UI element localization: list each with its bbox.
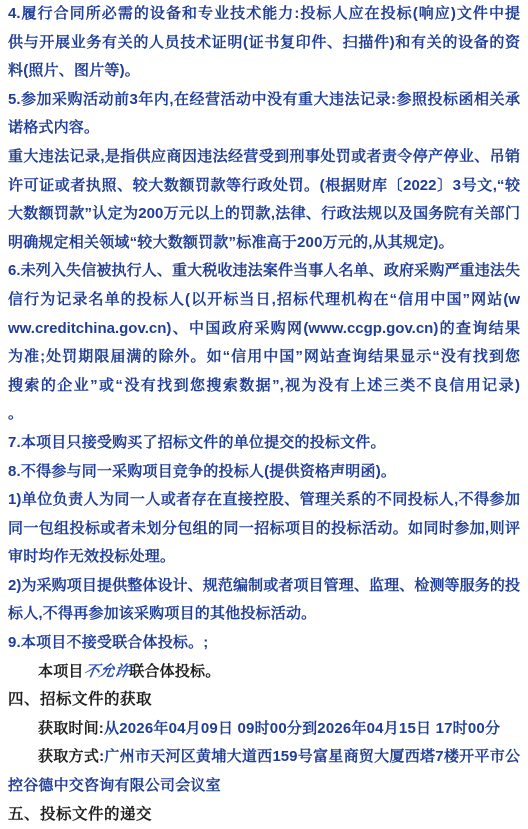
- text-run: 7.本项目只接受购买了招标文件的单位提交的投标文件。: [8, 434, 386, 451]
- text-line: 1)单位负责人为同一人或者存在直接控股、管理关系的不同投标人,不得参加: [8, 486, 520, 515]
- text-run: 6.未列入失信被执行人、重大税收违法案件当事人名单、政府采购严重违法失: [8, 262, 520, 279]
- text-run: 标人,不得再参加该采购项目的其他投标活动。: [8, 605, 316, 622]
- text-line: 信行为记录名单的投标人(以开标当日,招标代理机构在“信用中国”网站(w: [8, 286, 520, 315]
- text-line: 。: [8, 400, 520, 429]
- text-line: ww.creditchina.gov.cn)、中国政府采购网(www.ccgp.…: [8, 315, 520, 344]
- section-heading: 四、招标文件的获取: [8, 686, 520, 715]
- text-line: 2)为采购项目提供整体设计、规范编制或者项目管理、监理、检测等服务的投: [8, 572, 520, 601]
- text-line: 供与开展业务有关的人员技术证明(证书复印件、扫描件)和有关的设备的资: [8, 29, 520, 58]
- text-line: 许可证或者执照、较大数额罚款等行政处罚。(根据财库〔2022〕3号文,“较: [8, 172, 520, 201]
- text-run: 5.参加采购活动前3年内,在经营活动中没有重大违法记录:参照投标函相关承: [8, 91, 520, 108]
- text-run: 同一包组投标或者未划分包组的同一招标项目的投标活动。如同时参加,则评: [8, 520, 520, 537]
- text-run: 获取时间:: [38, 720, 104, 737]
- section-heading: 五、投标文件的递交: [8, 801, 520, 829]
- text-line: 控谷德中交咨询有限公司会议室: [8, 772, 520, 801]
- text-line: 8.不得参与同一采购项目竞争的投标人(提供资格声明函)。: [8, 458, 520, 487]
- text-run: 本项目: [38, 663, 84, 680]
- text-run: 供与开展业务有关的人员技术证明(证书复印件、扫描件)和有关的设备的资: [8, 34, 520, 51]
- text-run: 四、招标文件的获取: [8, 691, 152, 708]
- text-line: 诺格式内容。: [8, 114, 520, 143]
- text-run: 不允许: [81, 658, 132, 687]
- document-page: 4.履行合同所必需的设备和专业技术能力:投标人应在投标(响应)文件中提供与开展业…: [0, 0, 528, 829]
- text-run: 信行为记录名单的投标人(以开标当日,招标代理机构在“信用中国”网站(w: [8, 291, 520, 308]
- text-line: 大数额罚款”认定为200万元以上的罚款,法律、行政法规以及国务院有关部门: [8, 200, 520, 229]
- text-run: 广州市天河区黄埔大道西159号富星商贸大厦西塔7楼开平市公: [104, 748, 520, 765]
- text-line: 6.未列入失信被执行人、重大税收违法案件当事人名单、政府采购严重违法失: [8, 257, 520, 286]
- text-line: 审时均作无效投标处理。: [8, 543, 520, 572]
- text-line: 搜索的企业”或“没有找到您搜索数据”,视为没有上述三类不良信用记录): [8, 372, 520, 401]
- text-line: 标人,不得再参加该采购项目的其他投标活动。: [8, 600, 520, 629]
- text-run: 搜索的企业”或“没有找到您搜索数据”,视为没有上述三类不良信用记录): [8, 377, 520, 394]
- text-run: 。: [8, 405, 23, 422]
- text-run: 大数额罚款”认定为200万元以上的罚款,法律、行政法规以及国务院有关部门: [8, 205, 520, 222]
- text-line: 同一包组投标或者未划分包组的同一招标项目的投标活动。如同时参加,则评: [8, 515, 520, 544]
- text-run: 为准;处罚期限届满的除外。如“信用中国”网站查询结果显示“没有找到您: [8, 348, 520, 365]
- text-run: 诺格式内容。: [8, 119, 99, 136]
- text-run: 明确规定相关领域“较大数额罚款”标准高于200万元的,从其规定)。: [8, 234, 454, 251]
- text-line: 为准;处罚期限届满的除外。如“信用中国”网站查询结果显示“没有找到您: [8, 343, 520, 372]
- text-run: 1)单位负责人为同一人或者存在直接控股、管理关系的不同投标人,不得参加: [8, 491, 520, 508]
- text-run: 9.本项目不接受联合体投标。;: [8, 634, 209, 651]
- text-line: 重大违法记录,是指供应商因违法经营受到刑事处罚或者责令停产停业、吊销: [8, 143, 520, 172]
- text-line: 9.本项目不接受联合体投标。;: [8, 629, 520, 658]
- text-run: 重大违法记录,是指供应商因违法经营受到刑事处罚或者责令停产停业、吊销: [8, 148, 520, 165]
- text-line: 获取方式:广州市天河区黄埔大道西159号富星商贸大厦西塔7楼开平市公: [8, 743, 520, 772]
- text-run: 料(照片、图片等)。: [8, 62, 140, 79]
- text-line: 4.履行合同所必需的设备和专业技术能力:投标人应在投标(响应)文件中提: [8, 0, 520, 29]
- text-run: ww.creditchina.gov.cn)、中国政府采购网(www.ccgp.…: [8, 320, 520, 337]
- text-run: 审时均作无效投标处理。: [8, 548, 175, 565]
- text-run: 从2026年04月09日 09时00分到2026年04月15日 17时00分: [104, 720, 500, 737]
- text-line: 5.参加采购活动前3年内,在经营活动中没有重大违法记录:参照投标函相关承: [8, 86, 520, 115]
- text-line: 获取时间:从2026年04月09日 09时00分到2026年04月15日 17时…: [8, 715, 520, 744]
- text-run: 2)为采购项目提供整体设计、规范编制或者项目管理、监理、检测等服务的投: [8, 577, 520, 594]
- text-run: 联合体投标。: [129, 663, 220, 680]
- text-run: 控谷德中交咨询有限公司会议室: [8, 777, 221, 794]
- text-line: 明确规定相关领域“较大数额罚款”标准高于200万元的,从其规定)。: [8, 229, 520, 258]
- text-line: 本项目不允许联合体投标。: [8, 658, 520, 687]
- text-line: 7.本项目只接受购买了招标文件的单位提交的投标文件。: [8, 429, 520, 458]
- text-run: 获取方式:: [38, 748, 104, 765]
- text-run: 五、投标文件的递交: [8, 806, 152, 823]
- text-run: 4.履行合同所必需的设备和专业技术能力:投标人应在投标(响应)文件中提: [8, 5, 520, 22]
- text-run: 许可证或者执照、较大数额罚款等行政处罚。(根据财库〔2022〕3号文,“较: [8, 177, 520, 194]
- text-run: 8.不得参与同一采购项目竞争的投标人(提供资格声明函)。: [8, 463, 396, 480]
- text-line: 料(照片、图片等)。: [8, 57, 520, 86]
- document-text-block: 4.履行合同所必需的设备和专业技术能力:投标人应在投标(响应)文件中提供与开展业…: [8, 0, 520, 829]
